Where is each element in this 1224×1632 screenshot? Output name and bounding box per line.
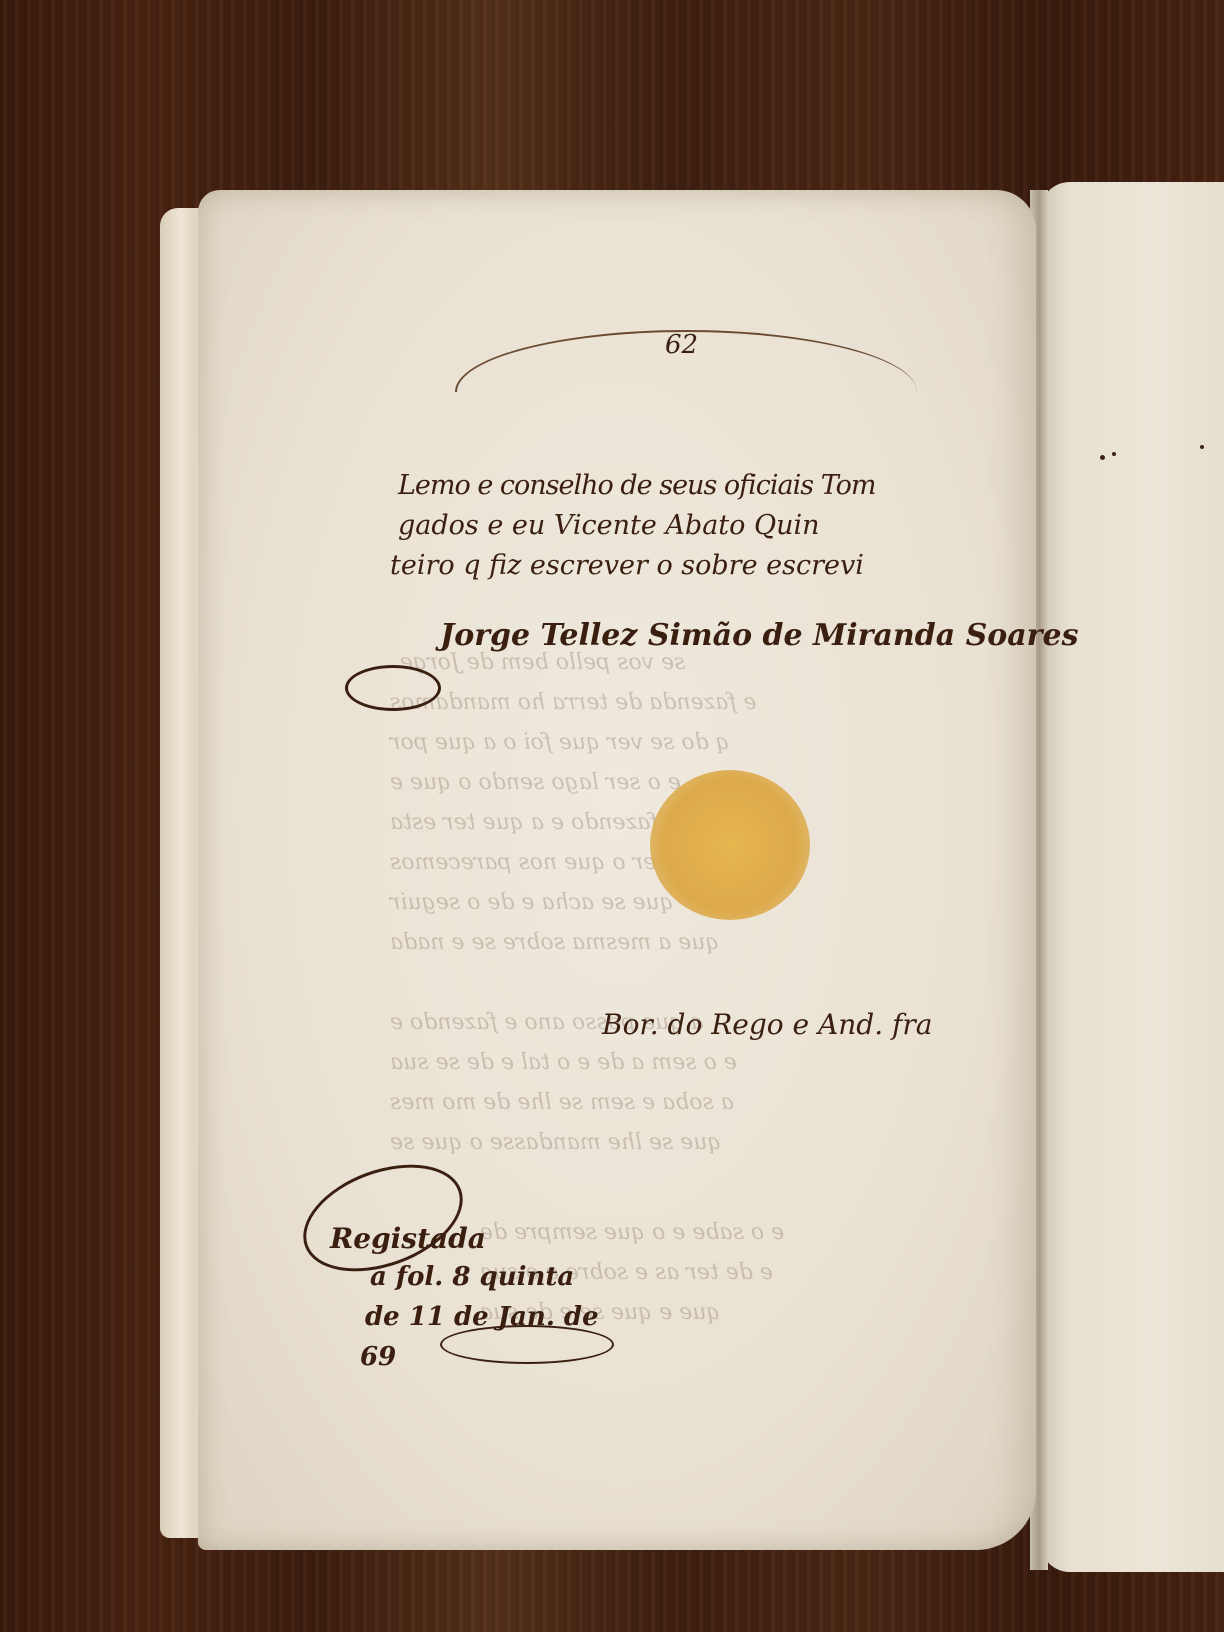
middle-signature: Bor. do Rego e And. fra <box>602 1008 932 1041</box>
bleed-through: e fazenda de terra ho mandamos <box>390 690 757 715</box>
ink-speck <box>1100 455 1105 460</box>
bleed-through: e o sabe e o que sempre de <box>480 1220 784 1245</box>
note-line-1: Registada <box>330 1222 486 1255</box>
folio-number: 62 <box>665 330 698 360</box>
bleed-through: que se acha e de o seguir <box>390 890 674 915</box>
bleed-through: que se lhe mandasse o que se <box>390 1130 722 1155</box>
rubric-flourish <box>440 1325 614 1364</box>
note-line-2: a fol. 8 quinta <box>370 1262 574 1292</box>
wax-stain <box>650 770 810 920</box>
bleed-through: e o sem a de e o tal e de se sua <box>390 1050 737 1075</box>
ink-speck <box>1112 452 1116 456</box>
facing-page <box>1040 182 1224 1572</box>
text-line-2: gados e eu Vicente Abato Quin <box>398 510 820 541</box>
text-line-1: Lemo e conselho de seus oficiais Tom <box>398 470 875 501</box>
text-line-3: teiro q fiz escrever o sobre escrevi <box>390 550 864 581</box>
note-line-4: 69 <box>360 1342 396 1372</box>
bleed-through: q do se ver que foi o a que por <box>390 730 730 755</box>
bleed-through: que a mesma sobre se e nada <box>390 930 719 955</box>
signature-flourish <box>345 665 441 711</box>
bleed-through: e o ser lago sendo o que e <box>390 770 681 795</box>
signatures-line: Jorge Tellez Simão de Miranda Soares <box>440 618 1078 653</box>
bleed-through: se vos pello bem de Jorge <box>400 650 685 675</box>
ink-speck <box>1200 445 1204 449</box>
bleed-through: a soba e sem se lhe de mo mes <box>390 1090 734 1115</box>
